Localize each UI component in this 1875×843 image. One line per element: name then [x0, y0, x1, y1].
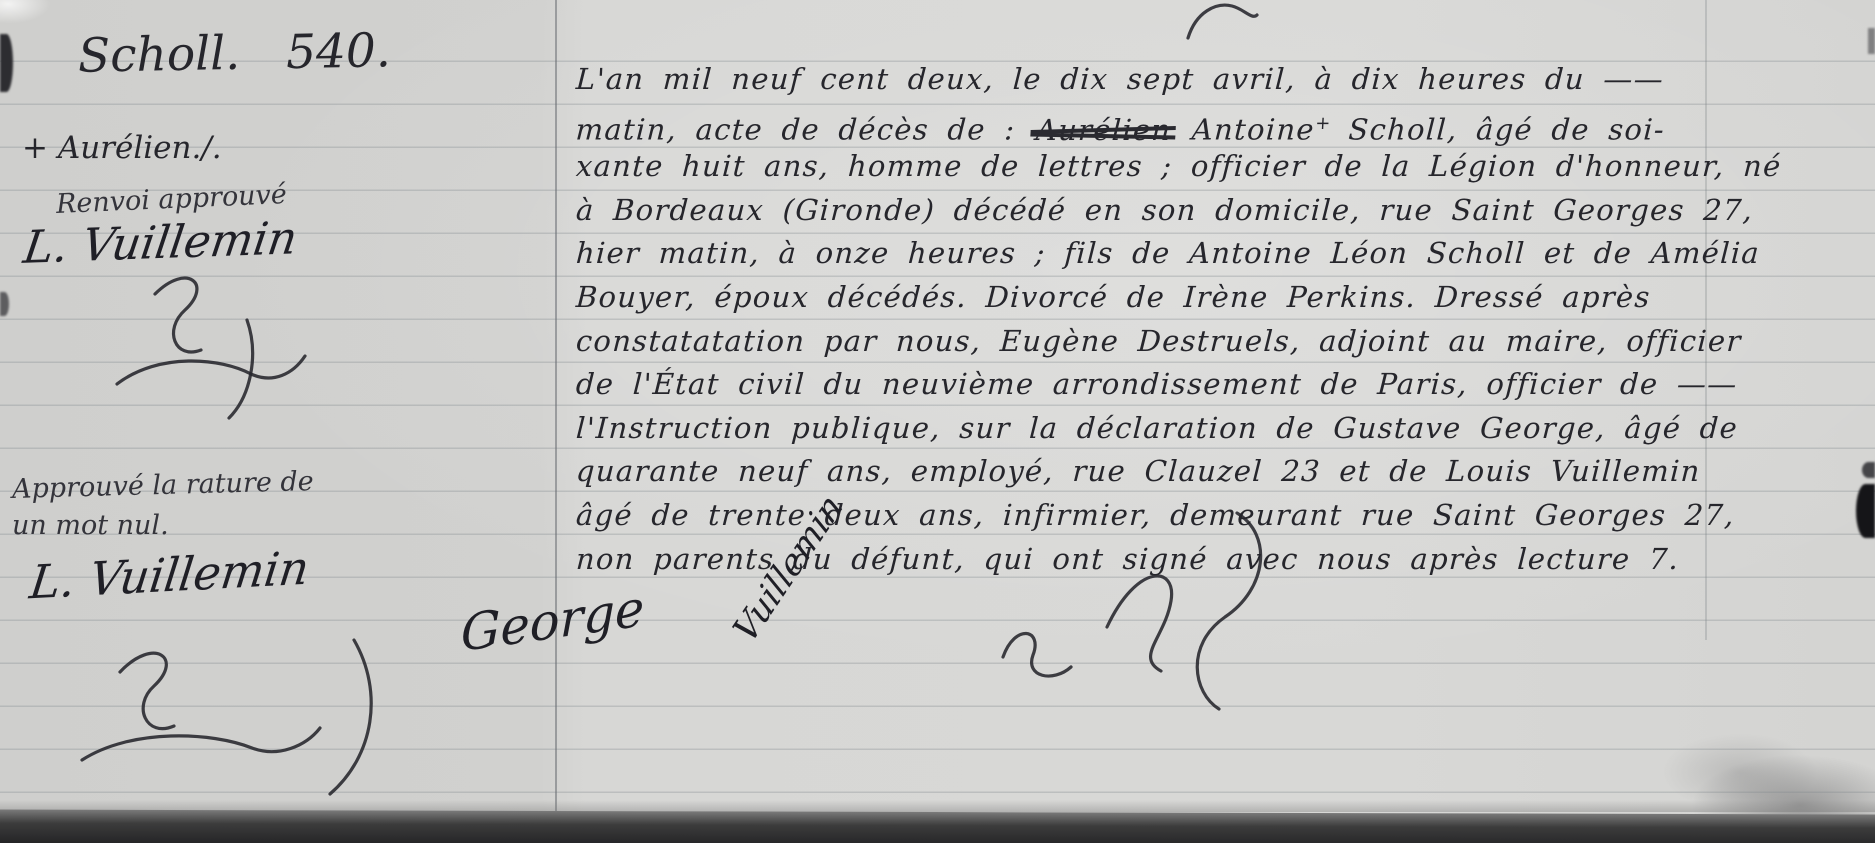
- act-line: l'Instruction publique, sur la déclarati…: [575, 407, 1869, 451]
- scan-dark-edge: [0, 810, 1875, 843]
- act-text-segment: Scholl, âgé de soi-: [1329, 112, 1666, 146]
- act-text-segment: matin, acte de décès de :: [575, 112, 1035, 146]
- ink-blotch: [1868, 28, 1875, 54]
- deceased-surname: Scholl.: [78, 26, 241, 84]
- flourish-paraph-icon: [985, 505, 1285, 717]
- act-line: hier matin, à onze heures ; fils de Anto…: [575, 232, 1869, 276]
- act-number: 540.: [286, 23, 392, 80]
- pen-flourish-icon: [1182, 0, 1264, 42]
- act-body: L'an mil neuf cent deux, le dix sept avr…: [576, 58, 1868, 581]
- act-line: quarante neuf ans, employé, rue Clauzel …: [575, 450, 1869, 494]
- scanned-death-record: Scholl. 540. + Aurélien./. Renvoi approu…: [0, 0, 1875, 843]
- act-line: de l'État civil du neuvième arrondisseme…: [575, 363, 1869, 407]
- act-line: L'an mil neuf cent deux, le dix sept avr…: [575, 58, 1869, 102]
- initials-paraph-icon: [62, 632, 392, 802]
- struck-word: Aurélien: [1033, 112, 1174, 146]
- signature-vuillemin-margin-2: L. Vuillemin: [27, 540, 312, 609]
- act-line: xante huit ans, homme de lettres ; offic…: [575, 145, 1869, 189]
- signature-george: George: [461, 579, 644, 663]
- ink-blotch: [0, 292, 9, 316]
- margin-fold-line: [555, 0, 557, 812]
- margin-insertion-note: + Aurélien./.: [22, 130, 222, 166]
- act-line: à Bordeaux (Gironde) décédé en son domic…: [575, 189, 1869, 233]
- rature-approval-note-line1: Approuvé la rature de: [12, 466, 314, 505]
- insertion-mark: +: [1315, 113, 1331, 134]
- act-line: constatatation par nous, Eugène Destruel…: [575, 320, 1869, 364]
- margin-header: Scholl. 540.: [78, 23, 392, 83]
- act-line: Bouyer, époux décédés. Divorcé de Irène …: [575, 276, 1869, 320]
- rature-approval-note-line2: un mot nul.: [12, 510, 169, 541]
- act-line: matin, acte de décès de : Aurélien Antoi…: [575, 102, 1869, 146]
- initials-paraph-icon: [95, 262, 325, 437]
- act-text-segment: Antoine: [1173, 112, 1316, 146]
- ink-blotch: [0, 34, 13, 92]
